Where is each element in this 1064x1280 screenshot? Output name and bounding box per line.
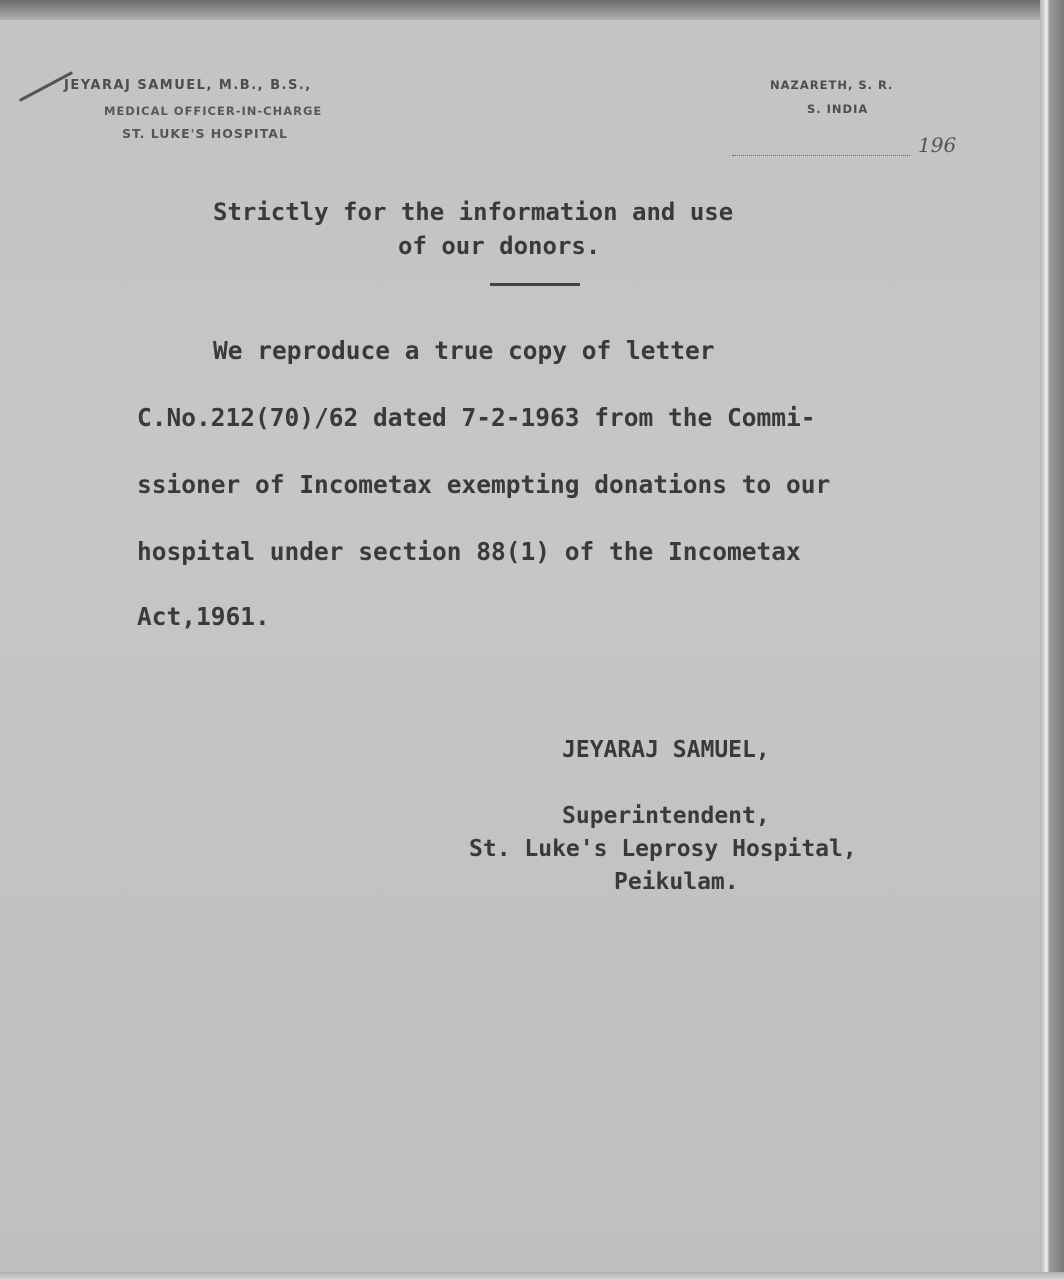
body-line-2: C.No.212(70)/62 dated 7-2-1963 from the … — [137, 403, 816, 432]
body-line-1: We reproduce a true copy of letter — [213, 336, 715, 365]
letterhead-hospital: ST. LUKE'S HOSPITAL — [122, 126, 288, 141]
signature-institution: St. Luke's Leprosy Hospital, — [469, 836, 857, 862]
scan-top-edge — [0, 0, 1040, 20]
signature-title: Superintendent, — [562, 803, 770, 829]
scan-bottom-edge — [0, 1272, 1064, 1280]
scan-right-edge — [1040, 0, 1064, 1280]
body-line-5: Act,1961. — [137, 602, 270, 631]
letterhead-city: NAZARETH, S. R. — [770, 78, 893, 92]
date-line — [732, 155, 910, 156]
heading-divider — [490, 283, 580, 286]
heading-line-1: Strictly for the information and use — [213, 198, 733, 226]
document-page: JEYARAJ SAMUEL, M.B., B.S., MEDICAL OFFI… — [0, 0, 1064, 1280]
body-line-4: hospital under section 88(1) of the Inco… — [137, 537, 801, 566]
body-line-3: ssioner of Incometax exempting donations… — [137, 470, 830, 499]
letterhead-name: JEYARAJ SAMUEL, M.B., B.S., — [64, 78, 312, 93]
heading-line-2: of our donors. — [398, 232, 600, 260]
letterhead-role: MEDICAL OFFICER-IN-CHARGE — [104, 104, 322, 118]
signature-name: JEYARAJ SAMUEL, — [562, 737, 770, 763]
year-prefix: 196 — [918, 133, 956, 157]
letterhead-country: S. INDIA — [807, 102, 868, 116]
signature-place: Peikulam. — [614, 869, 739, 895]
